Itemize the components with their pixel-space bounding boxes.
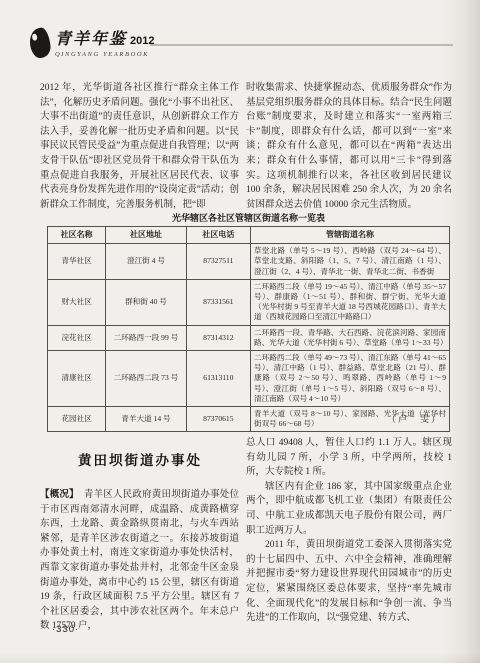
col-header-community-name: 社区名称: [48, 227, 106, 244]
col-header-community-address: 社区地址: [106, 227, 186, 244]
cell-community-address: 澄江街 4 号: [106, 244, 186, 280]
cell-streets: 二环路西二段（单号 49～73 号）、清江东路（单号 41～65 号）、清江中路…: [250, 351, 449, 407]
cell-community-phone: 87327511: [186, 244, 250, 280]
section-right-column: 总人口 49408 人，暂住人口约 1.1 万人。辖区现有幼儿园 7 所，小学 …: [246, 436, 452, 626]
cell-community-phone: 61313110: [186, 351, 250, 407]
col-header-community-phone: 社区电话: [186, 227, 250, 244]
yearbook-page: 青羊年鉴 2012 QINGYANG YEARBOOK 2012 年，光华街道各…: [0, 0, 480, 663]
paragraph: 【概况】 青羊区人民政府黄田坝街道办事处位于市区西南郊清水河畔，成温路、成黄路横…: [40, 488, 239, 634]
cell-community-phone: 87370615: [186, 407, 250, 432]
cell-community-name: 青华社区: [48, 244, 106, 280]
yearbook-logo-subtitle: QINGYANG YEARBOOK: [55, 51, 155, 58]
table-header-row: 社区名称 社区地址 社区电话 管辖街道名称: [48, 227, 450, 244]
cell-community-address: 青羊大道 14 号: [106, 407, 186, 432]
table-title: 光华辖区各社区管辖区街道名称一览表: [47, 211, 450, 224]
cell-community-address: 二环路西二段 73 号: [106, 351, 186, 407]
page-header: 青羊年鉴 2012 QINGYANG YEARBOOK: [30, 26, 155, 62]
overview-label: 【概况】: [40, 490, 74, 500]
paragraph: 总人口 49408 人，暂住人口约 1.1 万人。辖区现有幼儿园 7 所，小学 …: [246, 436, 452, 480]
header-rule: [150, 44, 453, 46]
cell-streets: 二环路西二段（单号 19～45 号）、清江中路（单号 35～57 号）、群康路（…: [250, 279, 449, 325]
cell-community-phone: 87331561: [186, 279, 250, 325]
paragraph: 2011 年，黄田坝街道党工委深入贯彻落实党的十七届四中、五中、六中全会精神，准…: [246, 538, 452, 626]
section-left-column: 【概况】 青羊区人民政府黄田坝街道办事处位于市区西南郊清水河畔，成温路、成黄路横…: [40, 488, 239, 634]
cell-streets: 二环路西一段、青华路、大石西路、浣花滨河路、家园南路、光华大道（光华村街 6 号…: [250, 325, 449, 350]
logo-block: 青羊年鉴 2012 QINGYANG YEARBOOK: [55, 26, 155, 58]
cell-community-name: 财大社区: [48, 279, 106, 325]
article-right-column: 时收集需求、快捷掌握动态、优质服务群众”作为基层党组织服务群众的具体目标。结合“…: [246, 81, 452, 212]
article-left-column: 2012 年，光华街道各社区推行“群众主体工作法”，化解历史矛盾问题。强化“小事…: [40, 81, 239, 212]
paragraph: 2012 年，光华街道各社区推行“群众主体工作法”，化解历史矛盾问题。强化“小事…: [40, 81, 239, 212]
community-streets-table: 社区名称 社区地址 社区电话 管辖街道名称 青华社区 澄江街 4 号 87327…: [47, 226, 450, 432]
page-number: ·330·: [52, 624, 79, 635]
cell-community-name: 花园社区: [48, 407, 106, 432]
cell-community-name: 浣花社区: [48, 325, 106, 350]
cell-community-address: 群和街 40 号: [106, 279, 186, 325]
cell-streets: 草堂北路（单号 5～19 号）、西岭路（双号 24～64 号）、草堂北支路、斜阳…: [250, 244, 449, 280]
table-row: 青华社区 澄江街 4 号 87327511 草堂北路（单号 5～19 号）、西岭…: [48, 244, 450, 280]
table-row: 浣花社区 二环路西一段 99 号 87314312 二环路西一段、青华路、大石西…: [48, 325, 450, 350]
yearbook-logo-title: 青羊年鉴: [55, 26, 127, 49]
overview-text: 青羊区人民政府黄田坝街道办事处位于市区西南郊清水河畔，成温路、成黄路横穿东西，土…: [40, 490, 239, 631]
section-heading: 黄田坝街道办事处: [40, 449, 240, 469]
author-attribution: （卢 雯）: [387, 412, 442, 425]
paragraph: 辖区内有企业 186 家，其中国家级重点企业两个，即中航成都飞机工业（集团）有限…: [246, 480, 452, 538]
yearbook-seal-icon: [28, 27, 52, 59]
table-row: 财大社区 群和街 40 号 87331561 二环路西二段（单号 19～45 号…: [48, 279, 450, 325]
table-row: 清康社区 二环路西二段 73 号 61313110 二环路西二段（单号 49～7…: [48, 351, 450, 407]
cell-community-phone: 87314312: [186, 325, 250, 350]
col-header-streets: 管辖街道名称: [250, 227, 449, 244]
cell-community-name: 清康社区: [48, 351, 106, 407]
paragraph: 时收集需求、快捷掌握动态、优质服务群众”作为基层党组织服务群众的具体目标。结合“…: [246, 81, 452, 212]
cell-community-address: 二环路西一段 99 号: [106, 325, 186, 350]
